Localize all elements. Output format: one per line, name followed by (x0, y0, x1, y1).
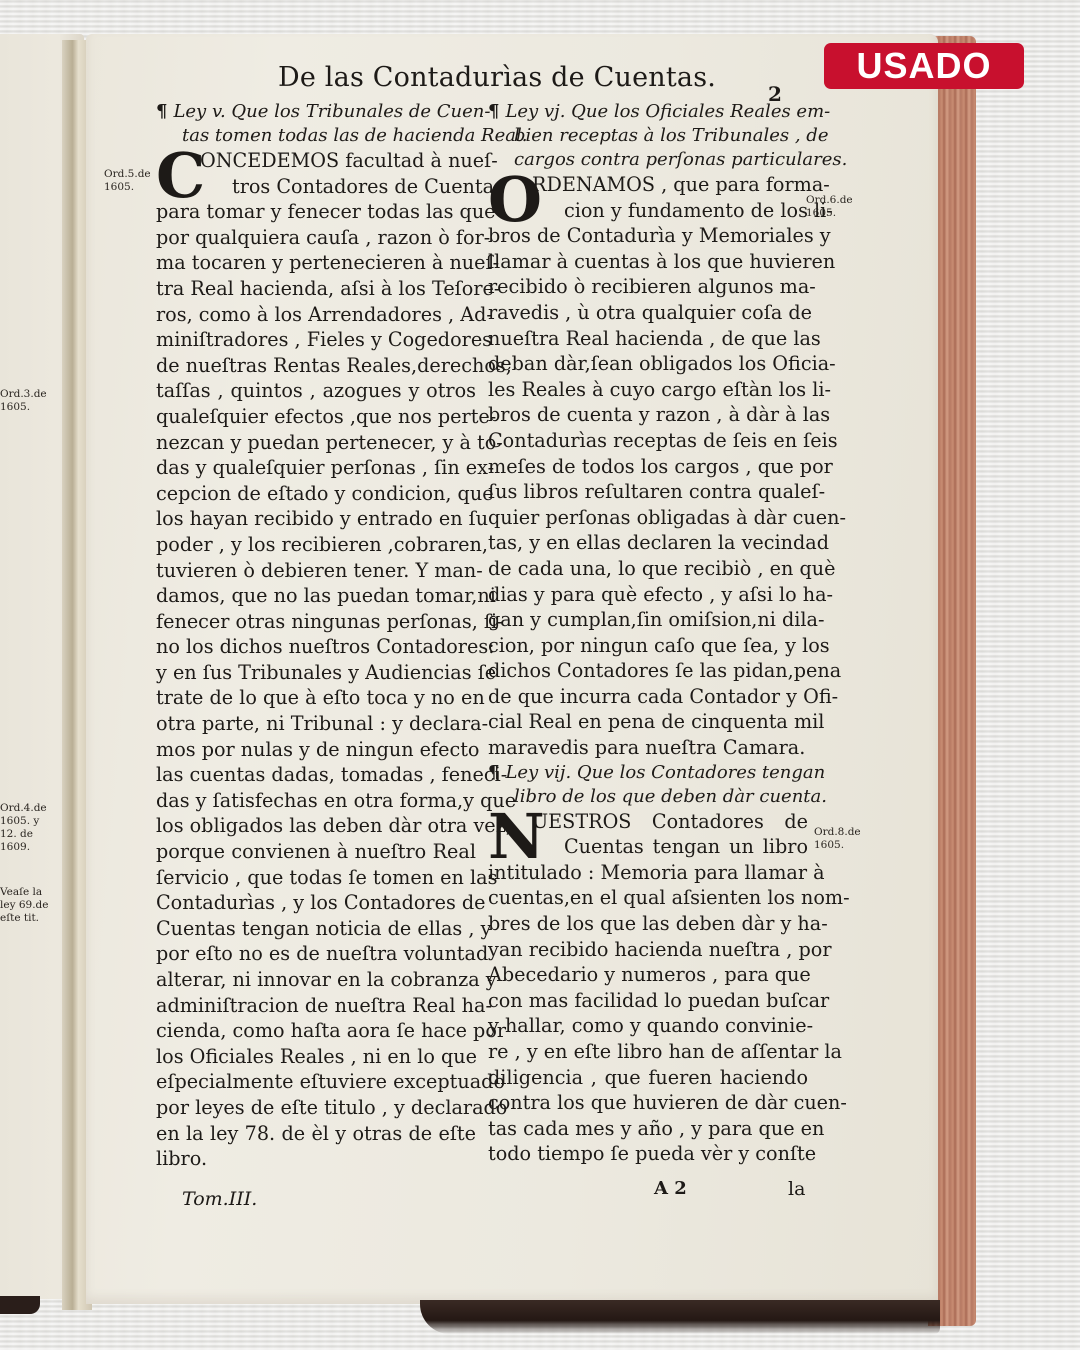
heading-line: ¶Ley v. Que los Tribunales de Cuen- (156, 100, 476, 124)
text-line: tas, y en ellas declaren la vecindad (488, 530, 808, 556)
note-line: 12. de (0, 828, 47, 841)
text-line: tas cada mes y año , y para que en (488, 1116, 808, 1142)
left-page-note-3: Veaſe la ley 69.de eſte tit. (0, 886, 48, 925)
book-shadow (420, 1300, 940, 1334)
text-line: adminiſtracion de nueſtra Real ha- (156, 993, 476, 1019)
text-line: fenecer otras ningunas perſonas, ſi- (156, 609, 476, 635)
left-page-note-2: Ord.4.de 1605. y 12. de 1609. (0, 802, 47, 854)
text-line: cion, por ningun caſo que ſea, y los (488, 633, 808, 659)
text-line: las cuentas dadas, tomadas , feneci- (156, 762, 476, 788)
text-line: los Oficiales Reales , ni en lo que (156, 1044, 476, 1070)
text-line: miniſtradores , Fieles y Cogedores (156, 327, 476, 353)
note-line: Ord.4.de (0, 802, 47, 815)
text-line: con mas facilidad lo puedan buſcar (488, 988, 808, 1014)
text-line: re , y en eſte libro han de aſſentar la (488, 1039, 808, 1065)
text-line: gan y cumplan,ſin omiſsion,ni dila- (488, 607, 808, 633)
text-line: y hallar, como y quando convinie- (488, 1013, 808, 1039)
note-line: Veaſe la (0, 886, 48, 899)
note-line: 1605. (104, 181, 151, 194)
text-line: de cada una, lo que recibiò , en què (488, 556, 808, 582)
text-line: nueſtra Real hacienda , de que las (488, 326, 808, 352)
text-line: no los dichos nueſtros Contadores: (156, 634, 476, 660)
pilcrow-icon: ¶ (488, 762, 499, 783)
text-line: mos por nulas y de ningun efecto (156, 737, 476, 763)
text-line: poder , y los recibieren ,cobraren, (156, 532, 476, 558)
text-line: maravedis para nueſtra Camara. (488, 735, 808, 761)
left-column: ¶Ley v. Que los Tribunales de Cuen- tas … (156, 100, 476, 1172)
text-line: por leyes de eſte titulo , y declarado (156, 1095, 476, 1121)
text-line: das y qualeſquier perſonas , ſin ex- (156, 455, 476, 481)
text-line: en la ley 78. de èl y otras de eſte (156, 1121, 476, 1147)
text-line: Contadurìas , y los Contadores de (156, 890, 476, 916)
condition-badge: USADO (824, 43, 1024, 89)
margin-note-ord5: Ord.5.de 1605. (104, 168, 151, 194)
heading-text: Ley vj. Que los Oficiales Reales em- (505, 101, 830, 122)
text-line: yan recibido hacienda nueſtra , por (488, 937, 808, 963)
heading-line: ¶Ley vj. Que los Oficiales Reales em- (488, 100, 808, 124)
dropcap-letter: O (488, 174, 542, 226)
text-line: dias y para què efecto , y aſsi lo ha- (488, 582, 808, 608)
text-line: porque convienen à nueſtro Real (156, 839, 476, 865)
margin-note-ord8: Ord.8.de 1605. (814, 826, 861, 852)
text-line: damos, que no las puedan tomar,ni (156, 583, 476, 609)
pilcrow-icon: ¶ (156, 101, 167, 122)
volume-mark: Tom.III. (182, 1188, 257, 1210)
dropcap-letter: N (488, 811, 545, 863)
text-line: nezcan y puedan pertenecer, y à to- (156, 430, 476, 456)
text-line: ma tocaren y pertenecieren à nueſ- (156, 250, 476, 276)
text-line: Cuentas tengan noticia de ellas , y (156, 916, 476, 942)
body-text: para tomar y fenecer todas las que por q… (156, 199, 476, 1172)
text-line: y en ſus Tribunales y Audiencias ſe (156, 660, 476, 686)
note-line: 1605. (0, 401, 47, 414)
text-line: los hayan recibido y entrado en ſu (156, 506, 476, 532)
text-line: ros, como à los Arrendadores , Ad- (156, 302, 476, 328)
text-line: ravedis , ù otra qualquier coſa de (488, 300, 808, 326)
text-line: quier perſonas obligadas à dàr cuen- (488, 505, 808, 531)
heading-line: bien receptas à los Tribunales , de (488, 124, 808, 148)
text-line: qualeſquier efectos ,que nos perte- (156, 404, 476, 430)
text-line: de nueſtras Rentas Reales,derechos, (156, 353, 476, 379)
pilcrow-icon: ¶ (488, 101, 499, 122)
dropcap-letter: C (156, 150, 205, 202)
right-column: ¶Ley vj. Que los Oficiales Reales em- bi… (488, 100, 808, 1167)
text-line: bros de cuenta y razon , à dàr à las (488, 402, 808, 428)
book-shadow-left (0, 1296, 40, 1314)
text-line: recibido ò recibieren algunos ma- (488, 274, 808, 300)
body-text: intitulado : Memoria para llamar à cuent… (488, 860, 808, 1167)
text-line: cial Real en pena de cinquenta mil (488, 709, 808, 735)
text-line: los obligados las deben dàr otra vez, (156, 813, 476, 839)
text-line: das y ſatisfechas en otra forma,y que (156, 788, 476, 814)
text-line: llamar à cuentas à los que huvieren (488, 249, 808, 275)
text-line: trate de lo que à eſto toca y no en (156, 685, 476, 711)
text-line: tuvieren ò debieren tener. Y man- (156, 558, 476, 584)
text-line: ſervicio , que todas ſe tomen en las (156, 865, 476, 891)
law-heading-vj: ¶Ley vj. Que los Oficiales Reales em- bi… (488, 100, 808, 172)
left-page-note-1: Ord.3.de 1605. (0, 388, 47, 414)
note-line: Ord.8.de (814, 826, 861, 839)
signature-mark: A 2 (654, 1178, 687, 1199)
note-line: ley 69.de (0, 899, 48, 912)
text-line: eſpecialmente eſtuviere exceptuado (156, 1069, 476, 1095)
text-line: deban dàr,ſean obligados los Oficia- (488, 351, 808, 377)
text-line: Contadurìas receptas de ſeis en ſeis (488, 428, 808, 454)
dropcap-paragraph: C ONCEDEMOS facultad à nueſ- tros Contad… (156, 148, 476, 199)
text-line: cepcion de eſtado y condicion, que (156, 481, 476, 507)
note-line: 1609. (0, 841, 47, 854)
dropcap-paragraph: O RDENAMOS , que para forma- cion y fund… (488, 172, 808, 223)
dropcap-paragraph: N UESTROS Contadores de Cuentas tengan u… (488, 809, 808, 860)
text-line: ſus libros reſultaren contra qualeſ- (488, 479, 808, 505)
text-line: tra Real hacienda, aſsi à los Teſore- (156, 276, 476, 302)
text-line: alterar, ni innovar en la cobranza y (156, 967, 476, 993)
text-line: de que incurra cada Contador y Ofi- (488, 684, 808, 710)
heading-text: Ley vij. Que los Contadores tengan (505, 762, 825, 783)
body-text: bros de Contadurìa y Memoriales y llamar… (488, 223, 808, 760)
note-line: Ord.3.de (0, 388, 47, 401)
note-line: eſte tit. (0, 912, 48, 925)
heading-line: ¶Ley vij. Que los Contadores tengan (488, 761, 808, 785)
text-line: libro. (156, 1146, 476, 1172)
text-line: taſſas , quintos , azogues y otros (156, 378, 476, 404)
note-line: 1605. y (0, 815, 47, 828)
text-line: contra los que huvieren de dàr cuen- (488, 1090, 808, 1116)
text-line: dichos Contadores ſe las pidan,pena (488, 658, 808, 684)
text-line: cienda, como haſta aora ſe hace por (156, 1018, 476, 1044)
text-line: por qualquiera cauſa , razon ò for- (156, 225, 476, 251)
catchword: la (788, 1178, 805, 1200)
note-line: 1605. (814, 839, 861, 852)
running-head: De las Contadurìas de Cuentas. (278, 62, 716, 93)
text-line: por eſto no es de nueſtra voluntad (156, 941, 476, 967)
text-line: bres de los que las deben dàr y ha- (488, 911, 808, 937)
text-line: diligencia , que fueren haciendo (488, 1065, 808, 1091)
text-line: todo tiempo ſe pueda vèr y conſte (488, 1141, 808, 1167)
text-line: otra parte, ni Tribunal : y declara- (156, 711, 476, 737)
note-line: Ord.5.de (104, 168, 151, 181)
text-line: cuentas,en el qual aſsienten los nom- (488, 885, 808, 911)
text-line: les Reales à cuyo cargo eſtàn los li- (488, 377, 808, 403)
heading-text: Ley v. Que los Tribunales de Cuen- (173, 101, 490, 122)
text-line: meſes de todos los cargos , que por (488, 454, 808, 480)
text-line: Abecedario y numeros , para que (488, 962, 808, 988)
